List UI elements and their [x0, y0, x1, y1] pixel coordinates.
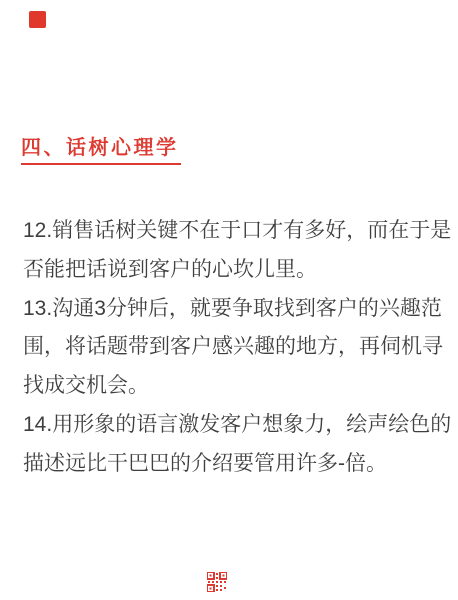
text-line: 12.销售话树关键不在于口才有多好，而在于是: [23, 212, 451, 251]
paragraph-12: 12.销售话树关键不在于口才有多好，而在于是 否能把话说到客户的心坎儿里。: [23, 212, 451, 290]
text-line: 否能把话说到客户的心坎儿里。: [23, 251, 451, 290]
text-line: 13.沟通3分钟后，就要争取找到客户的兴趣范: [23, 290, 451, 329]
notes-text-block: 12.销售话树关键不在于口才有多好，而在于是 否能把话说到客户的心坎儿里。 13…: [23, 212, 451, 484]
section-heading: 四、话树心理学: [21, 131, 181, 165]
red-qr-stamp-icon: [207, 572, 227, 592]
red-square-icon: [29, 11, 46, 28]
text-line: 找成交机会。: [23, 367, 451, 406]
text-line: 描述远比干巴巴的介绍要管用许多-倍。: [23, 445, 451, 484]
notes-page: 四、话树心理学 12.销售话树关键不在于口才有多好，而在于是 否能把话说到客户的…: [0, 0, 458, 600]
text-line: 围，将话题带到客户感兴趣的地方，再伺机寻: [23, 328, 451, 367]
text-line: 14.用形象的语言激发客户想象力，绘声绘色的: [23, 406, 451, 445]
paragraph-14: 14.用形象的语言激发客户想象力，绘声绘色的 描述远比干巴巴的介绍要管用许多-倍…: [23, 406, 451, 484]
paragraph-13: 13.沟通3分钟后，就要争取找到客户的兴趣范 围，将话题带到客户感兴趣的地方，再…: [23, 290, 451, 406]
